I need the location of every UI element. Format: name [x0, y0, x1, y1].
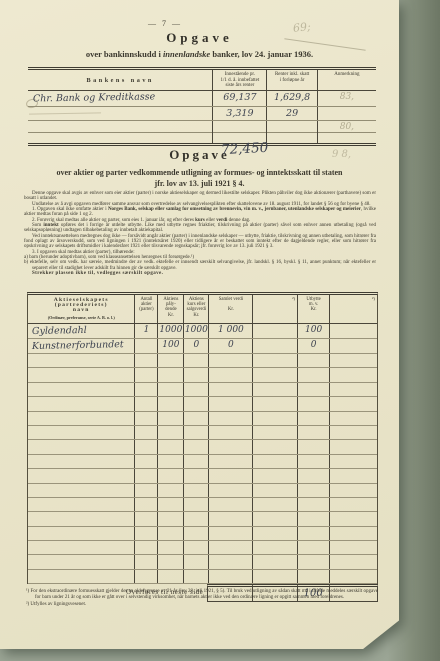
- shares-cell-name: [28, 497, 135, 513]
- shares-cell-official2: [329, 426, 377, 439]
- shares-cell-total: [208, 484, 252, 497]
- shares-cell-total: 1 000: [208, 324, 252, 338]
- shares-cell-dividend: [297, 555, 329, 568]
- shares-cell-name: [28, 468, 135, 484]
- shares-cell-dividend: [297, 498, 329, 511]
- shares-cell-official2: [329, 354, 377, 367]
- shares-cell-count: [134, 484, 157, 497]
- footnote-2: ²) Utfylles av ligningsvesenet.: [26, 602, 378, 608]
- shares-cell-official1: [252, 541, 297, 554]
- shares-table-row: [28, 541, 377, 555]
- shares-cell-par: [157, 368, 183, 381]
- shares-cell-total: [208, 368, 252, 381]
- shares-cell-name: [28, 554, 135, 570]
- bank-cell-interest: 29: [266, 107, 316, 120]
- bank-table-body: Chr. Bank og Kreditkasse69,1371,629,883,…: [28, 91, 376, 143]
- shares-cell-par: [157, 426, 183, 439]
- shares-cell-official1: [252, 354, 297, 367]
- shares-cell-name: [28, 382, 135, 398]
- shares-cell-total: [208, 412, 252, 425]
- shares-table-row: [28, 527, 377, 541]
- bank-table-row: [28, 133, 376, 143]
- shares-cell-rate: [183, 498, 208, 511]
- shares-cell-total: [208, 397, 252, 410]
- shares-cell-dividend: [297, 426, 329, 439]
- header-company-name-sub: (Ordinær, preferanse, serie A. B. o. l.): [28, 315, 134, 320]
- shares-section-title-row: Opgave 72,450 9 8,: [0, 146, 399, 164]
- shares-cell-dividend: [297, 570, 329, 583]
- shares-cell-official2: [329, 412, 377, 425]
- bank-cell-balance: [212, 121, 266, 133]
- shares-cell-count: [134, 383, 157, 396]
- bank-cell-remark: 83,: [317, 91, 376, 106]
- shares-cell-par: [157, 527, 183, 540]
- shares-cell-official2: [329, 555, 377, 568]
- bank-cell-interest: [266, 121, 316, 133]
- paper-sheet: — 7 — 69; 8 Opgave over bankinnskudd i i…: [0, 0, 399, 649]
- shares-cell-count: [134, 541, 157, 554]
- shares-cell-count: [134, 527, 157, 540]
- bank-cell-remark: [317, 107, 376, 120]
- shares-cell-total: [208, 527, 252, 540]
- shares-cell-count: [134, 412, 157, 425]
- shares-cell-par: [157, 570, 183, 583]
- footnote-mark-icon: ²): [292, 296, 295, 301]
- shares-table-row: [28, 383, 377, 397]
- bank-cell-name: Chr. Bank og Kreditkasse: [28, 89, 213, 107]
- legal-paragraph: Ved inntektsansettelsen medregnes dog ik…: [24, 234, 376, 250]
- shares-cell-par: [157, 397, 183, 410]
- shares-cell-official1: [252, 469, 297, 482]
- shares-cell-total: [208, 512, 252, 525]
- shares-cell-official1: [252, 339, 297, 353]
- bank-section-subtitle: over bankinnskudd i innenlandske banker,…: [0, 49, 399, 59]
- legal-paragraph: Som inntekt opføres det i forrige år utd…: [24, 223, 376, 234]
- shares-cell-par: [157, 455, 183, 468]
- shares-table: Aktieselskapets (partrederiets) navn(Ord…: [27, 292, 378, 602]
- shares-cell-official2: [329, 570, 377, 583]
- header-official-use-1: ²): [252, 295, 297, 323]
- shares-cell-count: [134, 354, 157, 367]
- shares-cell-official2: [329, 440, 377, 453]
- footnotes: ¹) For den ekstraordinære formuesskatt g…: [26, 589, 378, 609]
- shares-cell-count: [134, 498, 157, 511]
- shares-cell-official2: [329, 339, 377, 353]
- subtitle-pre: over bankinnskudd i: [86, 49, 163, 59]
- shares-cell-dividend: [297, 469, 329, 482]
- handwritten-total-amount: 72,450: [221, 140, 269, 158]
- bank-cell-interest: 1,629,8: [266, 91, 316, 106]
- shares-cell-count: [134, 512, 157, 525]
- pencil-mid-annotation: 9 8,: [332, 149, 351, 160]
- shares-cell-dividend: [297, 484, 329, 497]
- shares-cell-official2: [329, 527, 377, 540]
- shares-cell-official2: [329, 368, 377, 381]
- shares-cell-name: [28, 526, 135, 542]
- shares-cell-name: Kunstnerforbundet: [28, 338, 135, 354]
- shares-table-body: Gyldendahl1100010001 000100Kunstnerforbu…: [28, 324, 377, 584]
- shares-cell-dividend: [297, 512, 329, 525]
- shares-table-header-row: Aktieselskapets (partrederiets) navn(Ord…: [28, 295, 377, 324]
- shares-table-row: [28, 484, 377, 498]
- shares-cell-rate: 0: [183, 339, 208, 353]
- shares-cell-par: 100: [157, 339, 183, 353]
- header-balance: Innestående pr. 1/1 d. å. innbefattet si…: [212, 70, 266, 90]
- shares-cell-dividend: 0: [297, 339, 329, 353]
- shares-cell-official2: [329, 469, 377, 482]
- bank-cell-name: [28, 131, 213, 144]
- header-market-value: Aktiens kurs eller salgsverdi Kr.: [183, 295, 208, 323]
- shares-table-row: [28, 426, 377, 440]
- shares-cell-count: [134, 368, 157, 381]
- shares-table-row: [28, 512, 377, 526]
- shares-table-row: [28, 412, 377, 426]
- shares-cell-count: [134, 397, 157, 410]
- shares-cell-par: [157, 498, 183, 511]
- shares-cell-rate: [183, 484, 208, 497]
- shares-cell-official1: [252, 324, 297, 338]
- shares-cell-rate: [183, 383, 208, 396]
- shares-table-row: [28, 440, 377, 454]
- shares-cell-official2: [329, 455, 377, 468]
- shares-table-row: [28, 498, 377, 512]
- header-company-name-main: Aktieselskapets (partrederiets) navn: [54, 297, 109, 313]
- paper-wrap: — 7 — 69; 8 Opgave over bankinnskudd i i…: [0, 0, 399, 649]
- shares-cell-official2: [329, 512, 377, 525]
- shares-cell-dividend: [297, 455, 329, 468]
- shares-cell-official1: [252, 512, 297, 525]
- shares-cell-official2: [329, 541, 377, 554]
- shares-cell-dividend: [297, 397, 329, 410]
- shares-cell-dividend: [297, 440, 329, 453]
- header-remark: Anmerkning: [317, 70, 376, 90]
- shares-table-box: Aktieselskapets (partrederiets) navn(Ord…: [27, 292, 378, 584]
- shares-cell-count: [134, 339, 157, 353]
- shares-cell-dividend: 100: [297, 324, 329, 338]
- shares-cell-official2: [329, 324, 377, 338]
- shares-cell-rate: [183, 469, 208, 482]
- shares-table-row: [28, 397, 377, 411]
- bank-cell-balance: 69,137: [212, 91, 266, 106]
- legal-paragraph: 1. Opgaven skal ikke omfatte aktier i No…: [24, 207, 376, 218]
- shares-cell-count: [134, 469, 157, 482]
- shares-cell-par: [157, 512, 183, 525]
- shares-cell-par: [157, 412, 183, 425]
- shares-cell-count: [134, 455, 157, 468]
- shares-cell-official2: [329, 383, 377, 396]
- shares-cell-official1: [252, 368, 297, 381]
- shares-cell-dividend: [297, 354, 329, 367]
- bank-cell-balance: 3,319: [212, 107, 266, 120]
- shares-cell-total: [208, 440, 252, 453]
- bank-cell-interest: [266, 133, 316, 143]
- shares-subtitle-line2: jfr. lov av 13. juli 1921 § 4.: [0, 179, 399, 188]
- shares-cell-rate: [183, 455, 208, 468]
- shares-cell-name: [28, 353, 135, 369]
- shares-cell-total: [208, 455, 252, 468]
- shares-cell-total: [208, 426, 252, 439]
- shares-cell-official1: [252, 426, 297, 439]
- header-company-name: Aktieselskapets (partrederiets) navn(Ord…: [28, 295, 134, 323]
- shares-cell-name: [28, 367, 135, 383]
- shares-cell-official2: [329, 484, 377, 497]
- shares-cell-total: [208, 469, 252, 482]
- shares-cell-par: [157, 383, 183, 396]
- shares-subtitle-line1: over aktier og parter vedkommende utlign…: [0, 168, 399, 177]
- bank-section-title: Opgave: [0, 30, 399, 46]
- shares-cell-name: [28, 396, 135, 412]
- shares-cell-rate: [183, 570, 208, 583]
- shares-table-row: [28, 555, 377, 569]
- shares-cell-official2: [329, 397, 377, 410]
- shares-table-row: Gyldendahl1100010001 000100: [28, 324, 377, 339]
- shares-cell-par: [157, 541, 183, 554]
- legal-paragraph: Denne opgave skal avgis av enhver som ei…: [24, 191, 376, 202]
- shares-cell-total: [208, 555, 252, 568]
- header-bank-name: Bankens navn: [28, 70, 212, 90]
- shares-cell-name: [28, 425, 135, 441]
- shares-cell-par: [157, 469, 183, 482]
- shares-cell-rate: [183, 440, 208, 453]
- shares-cell-total: [208, 570, 252, 583]
- shares-cell-count: [134, 426, 157, 439]
- shares-table-row: Kunstnerforbundet100000: [28, 339, 377, 354]
- shares-cell-dividend: [297, 527, 329, 540]
- footnote-1: ¹) For den ekstraordinære formuesskatt g…: [26, 589, 378, 600]
- shares-table-row: [28, 368, 377, 382]
- shares-cell-dividend: [297, 412, 329, 425]
- shares-cell-official1: [252, 570, 297, 583]
- shares-cell-official1: [252, 440, 297, 453]
- shares-cell-name: [28, 454, 135, 470]
- shares-cell-par: [157, 354, 183, 367]
- bank-cell-remark: 80,: [317, 121, 376, 133]
- shares-cell-name: [28, 439, 135, 455]
- shares-cell-dividend: [297, 383, 329, 396]
- shares-cell-official1: [252, 455, 297, 468]
- shares-cell-dividend: [297, 541, 329, 554]
- shares-cell-name: [28, 482, 135, 498]
- shares-cell-rate: [183, 397, 208, 410]
- header-dividend: Utbytte m. v. Kr.: [297, 295, 329, 323]
- shares-cell-rate: [183, 555, 208, 568]
- bank-deposits-table: Bankens navn Innestående pr. 1/1 d. å. i…: [28, 67, 376, 146]
- shares-table-row: [28, 354, 377, 368]
- bank-table-header-row: Bankens navn Innestående pr. 1/1 d. å. i…: [28, 70, 376, 91]
- shares-cell-rate: 1000: [183, 324, 208, 338]
- page-number: — 7 —: [0, 19, 330, 28]
- shares-cell-par: [157, 555, 183, 568]
- subtitle-post: banker, lov 24. januar 1936.: [210, 49, 313, 59]
- shares-cell-total: [208, 541, 252, 554]
- header-interest: Renter inkl. skatt i forløpne år: [266, 70, 316, 90]
- shares-cell-name: [28, 569, 135, 585]
- shares-cell-count: [134, 570, 157, 583]
- shares-cell-rate: [183, 368, 208, 381]
- shares-cell-par: [157, 484, 183, 497]
- shares-cell-name: [28, 410, 135, 426]
- shares-cell-name: [28, 511, 135, 527]
- shares-cell-official1: [252, 527, 297, 540]
- shares-cell-dividend: [297, 368, 329, 381]
- shares-cell-official1: [252, 412, 297, 425]
- shares-table-row: [28, 570, 377, 584]
- shares-table-row: [28, 469, 377, 483]
- shares-cell-total: [208, 354, 252, 367]
- shares-cell-name: Gyldendahl: [28, 323, 135, 339]
- shares-cell-rate: [183, 527, 208, 540]
- shares-table-row: [28, 455, 377, 469]
- shares-cell-count: 1: [134, 324, 157, 338]
- shares-cell-official1: [252, 484, 297, 497]
- header-total-value: Samlet verdi Kr.: [208, 295, 252, 323]
- shares-cell-par: 1000: [157, 324, 183, 338]
- bank-cell-remark: [317, 133, 376, 143]
- shares-cell-official2: [329, 498, 377, 511]
- legal-paragraph: b) ektefelle, selv om vedk. har særeie, …: [24, 260, 376, 271]
- shares-cell-count: [134, 555, 157, 568]
- legal-paragraph: Strekker plassen ikke til, vedlegges sær…: [24, 271, 376, 276]
- header-official-use-2: ²): [329, 295, 377, 323]
- shares-cell-official1: [252, 498, 297, 511]
- shares-cell-rate: [183, 426, 208, 439]
- bank-table-row: Chr. Bank og Kreditkasse69,1371,629,883,: [28, 91, 376, 107]
- shares-cell-rate: [183, 512, 208, 525]
- header-share-count: Antall aktier (parter): [134, 295, 157, 323]
- shares-cell-rate: [183, 412, 208, 425]
- shares-cell-total: 0: [208, 339, 252, 353]
- header-par-value: Aktiens påly- dende Kr.: [157, 295, 183, 323]
- legal-instructions: Denne opgave skal avgis av enhver som ei…: [24, 191, 376, 277]
- scan-background: — 7 — 69; 8 Opgave over bankinnskudd i i…: [0, 0, 440, 661]
- shares-cell-official1: [252, 383, 297, 396]
- shares-cell-total: [208, 498, 252, 511]
- shares-cell-official1: [252, 397, 297, 410]
- subtitle-emphasis: innenlandske: [163, 49, 210, 59]
- shares-cell-official1: [252, 555, 297, 568]
- shares-cell-total: [208, 383, 252, 396]
- shares-cell-rate: [183, 354, 208, 367]
- shares-cell-rate: [183, 541, 208, 554]
- shares-cell-count: [134, 440, 157, 453]
- footnote-mark-icon: ²): [372, 296, 375, 301]
- shares-cell-par: [157, 440, 183, 453]
